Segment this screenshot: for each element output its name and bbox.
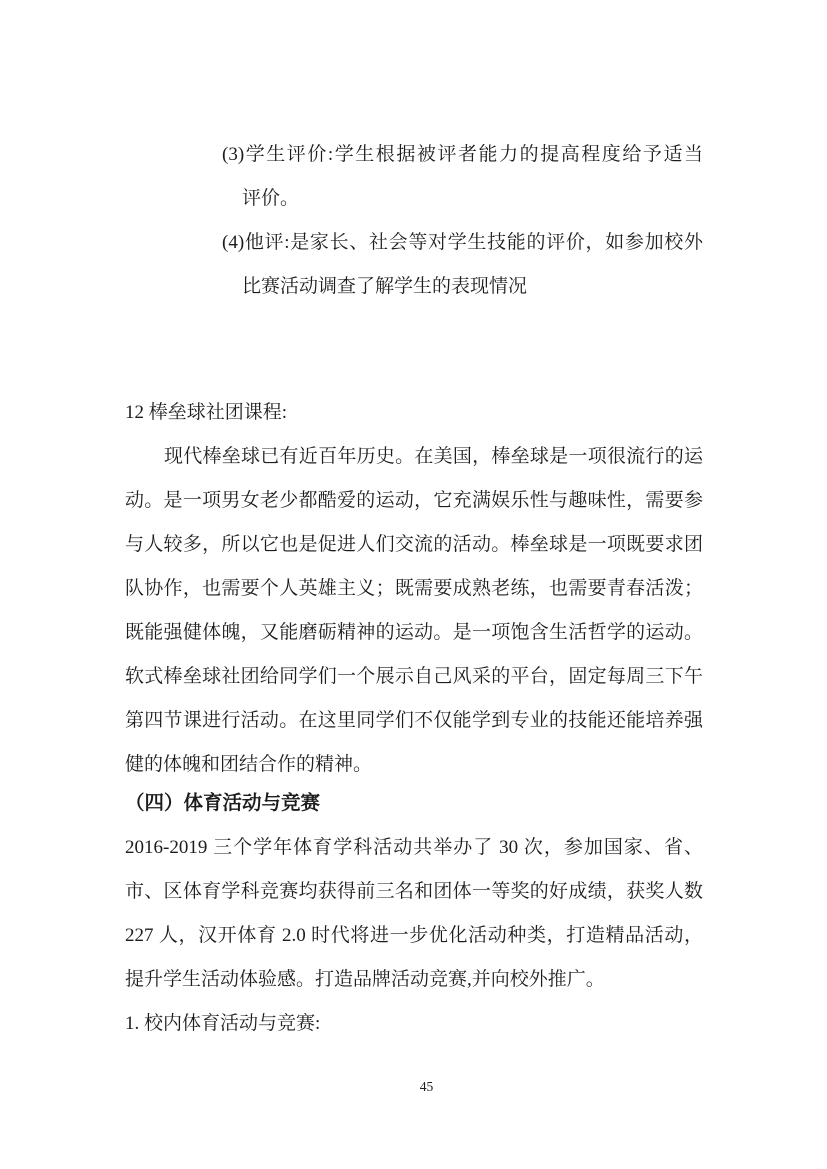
- page-number: 45: [0, 1072, 827, 1102]
- campus-activities-subheading: 1. 校内体育活动与竞赛:: [125, 1002, 703, 1046]
- activities-paragraph-line: 市、区体育学科竞赛均获得前三名和团体一等奖的好成绩，获奖人数: [125, 870, 703, 914]
- eval-item-3-line-1: (3)学生评价:学生根据被评者能力的提高程度给予适当: [222, 133, 703, 177]
- eval-item-4-line-2: 比赛活动调查了解学生的表现情况: [222, 265, 703, 309]
- club-paragraph-line: 软式棒垒球社团给同学们一个展示自己风采的平台，固定每周三下午: [125, 655, 703, 699]
- club-paragraph-line: 第四节课进行活动。在这里同学们不仅能学到专业的技能还能培养强: [125, 699, 703, 743]
- club-paragraph-line: 队协作，也需要个人英雄主义；既需要成熟老练，也需要青春活泼；: [125, 567, 703, 611]
- club-paragraph-line: 与人较多，所以它也是促进人们交流的活动。棒垒球是一项既要求团: [125, 523, 703, 567]
- activities-paragraph-line: 提升学生活动体验感。打造品牌活动竞赛,并向校外推广。: [125, 958, 703, 1002]
- evaluation-list: (3)学生评价:学生根据被评者能力的提高程度给予适当 评价。 (4)他评:是家长…: [222, 133, 703, 309]
- club-paragraph-line: 动。是一项男女老少都酷爱的运动，它充满娱乐性与趣味性，需要参: [125, 479, 703, 523]
- activities-paragraph-line: 227 人，汉开体育 2.0 时代将进一步优化活动种类，打造精品活动，: [125, 914, 703, 958]
- club-paragraph-line: 现代棒垒球已有近百年历史。在美国，棒垒球是一项很流行的运: [125, 435, 703, 479]
- club-course-heading: 12 棒垒球社团课程:: [125, 391, 703, 435]
- activities-paragraph-line: 2016-2019 三个学年体育学科活动共举办了 30 次，参加国家、省、: [125, 826, 703, 870]
- activities-paragraph: 2016-2019 三个学年体育学科活动共举办了 30 次，参加国家、省、 市、…: [125, 826, 703, 1002]
- eval-item-4-line-1: (4)他评:是家长、社会等对学生技能的评价，如参加校外: [222, 221, 703, 265]
- club-paragraph-line: 既能强健体魄，又能磨砺精神的运动。是一项饱含生活哲学的运动。: [125, 611, 703, 655]
- club-course-paragraph: 现代棒垒球已有近百年历史。在美国，棒垒球是一项很流行的运 动。是一项男女老少都酷…: [125, 435, 703, 787]
- eval-item-3-line-2: 评价。: [222, 177, 703, 221]
- section-four-heading: （四）体育活动与竞赛: [125, 781, 703, 825]
